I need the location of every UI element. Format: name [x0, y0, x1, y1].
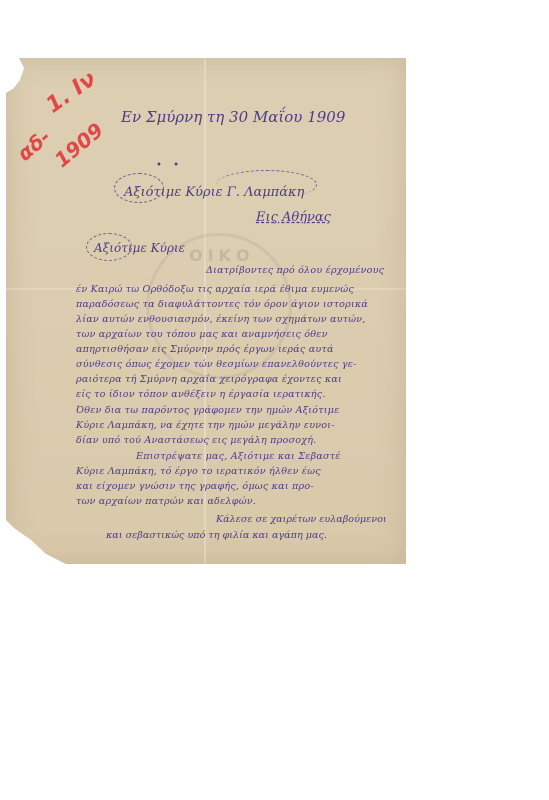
addressee-city: Εις Αθήνας: [256, 210, 331, 225]
paragraph2-line-3: των αρχαίων πατρών και αδελφών.: [76, 496, 256, 507]
closing-line-0: Κάλεσε σε χαιρέτων ευλαβούμενοι: [216, 514, 387, 525]
body-line-6: σύνθεσις όπως έχομεν τών θεσμίων επανελθ…: [76, 359, 357, 370]
stamp-text: ΟΙΚΟ: [189, 246, 255, 265]
addressee-line: Αξιότιμε Κύριε Γ. Λαμπάκη: [124, 185, 304, 200]
body-line-8: είς το ίδιον τόπον ανθέξειν η έργασία ιε…: [76, 389, 326, 400]
body-line-4: των αρχαίων του τόπου μας και αναμνήσεις…: [76, 329, 328, 340]
body-line-5: απηρτισθήσαν εις Σμύρνην πρός έργων ιερά…: [76, 344, 334, 355]
red-annotation-year: 1909: [50, 118, 108, 172]
paragraph2-line-1: Κύριε Λαμπάκη, τό έργο το ιερατικόν ήλθε…: [76, 466, 321, 477]
body-line-11: δίαν υπό τού Αναστάσεως εις μεγάλη προσο…: [76, 435, 316, 446]
closing-line-1: και σεβαστικώς υπό τη φιλία και αγάπη μα…: [106, 530, 327, 541]
decorative-dots: • •: [156, 160, 183, 171]
red-annotation-line2: αδ-: [12, 124, 55, 165]
body-line-2: παραδόσεως τα διαφυλάττοντες τόν όρον άγ…: [76, 299, 368, 310]
paragraph2-line-0: Επιστρέψατε μας, Αξιότιμε και Σεβαστέ: [136, 451, 341, 462]
body-line-0: Διατρίβοντες πρό όλου έρχομένους: [206, 265, 384, 276]
scanned-letter-paper: ΟΙΚΟ 1. Ιν αδ- 1909 Εν Σμύρνη τη 30 Μαΐο…: [6, 58, 406, 564]
salutation: Αξιότιμε Κύριε: [94, 241, 185, 255]
body-line-10: Κύριε Λαμπάκη, να έχητε την ημών μεγάλην…: [76, 420, 335, 431]
red-annotation-line1: 1. Ιν: [42, 67, 101, 119]
body-line-1: έν Καιρώ τω Ορθόδοξω τις αρχαία ιερά έθι…: [76, 284, 354, 295]
letter-date: Εν Σμύρνη τη 30 Μαΐου 1909: [121, 108, 345, 126]
body-line-7: ραιότερα τή Σμύρνη αρχαία χειρόγραφα έχο…: [76, 374, 342, 385]
paragraph2-line-2: και είχομεν γνώσιν της γραφής, όμως και …: [76, 481, 314, 492]
body-line-3: λίαν αυτών ενθουσιασμόν, έκείνη των σχημ…: [76, 314, 366, 325]
body-line-9: Όθεν δια τω παρόντος γράφομεν την ημών Α…: [76, 405, 339, 416]
